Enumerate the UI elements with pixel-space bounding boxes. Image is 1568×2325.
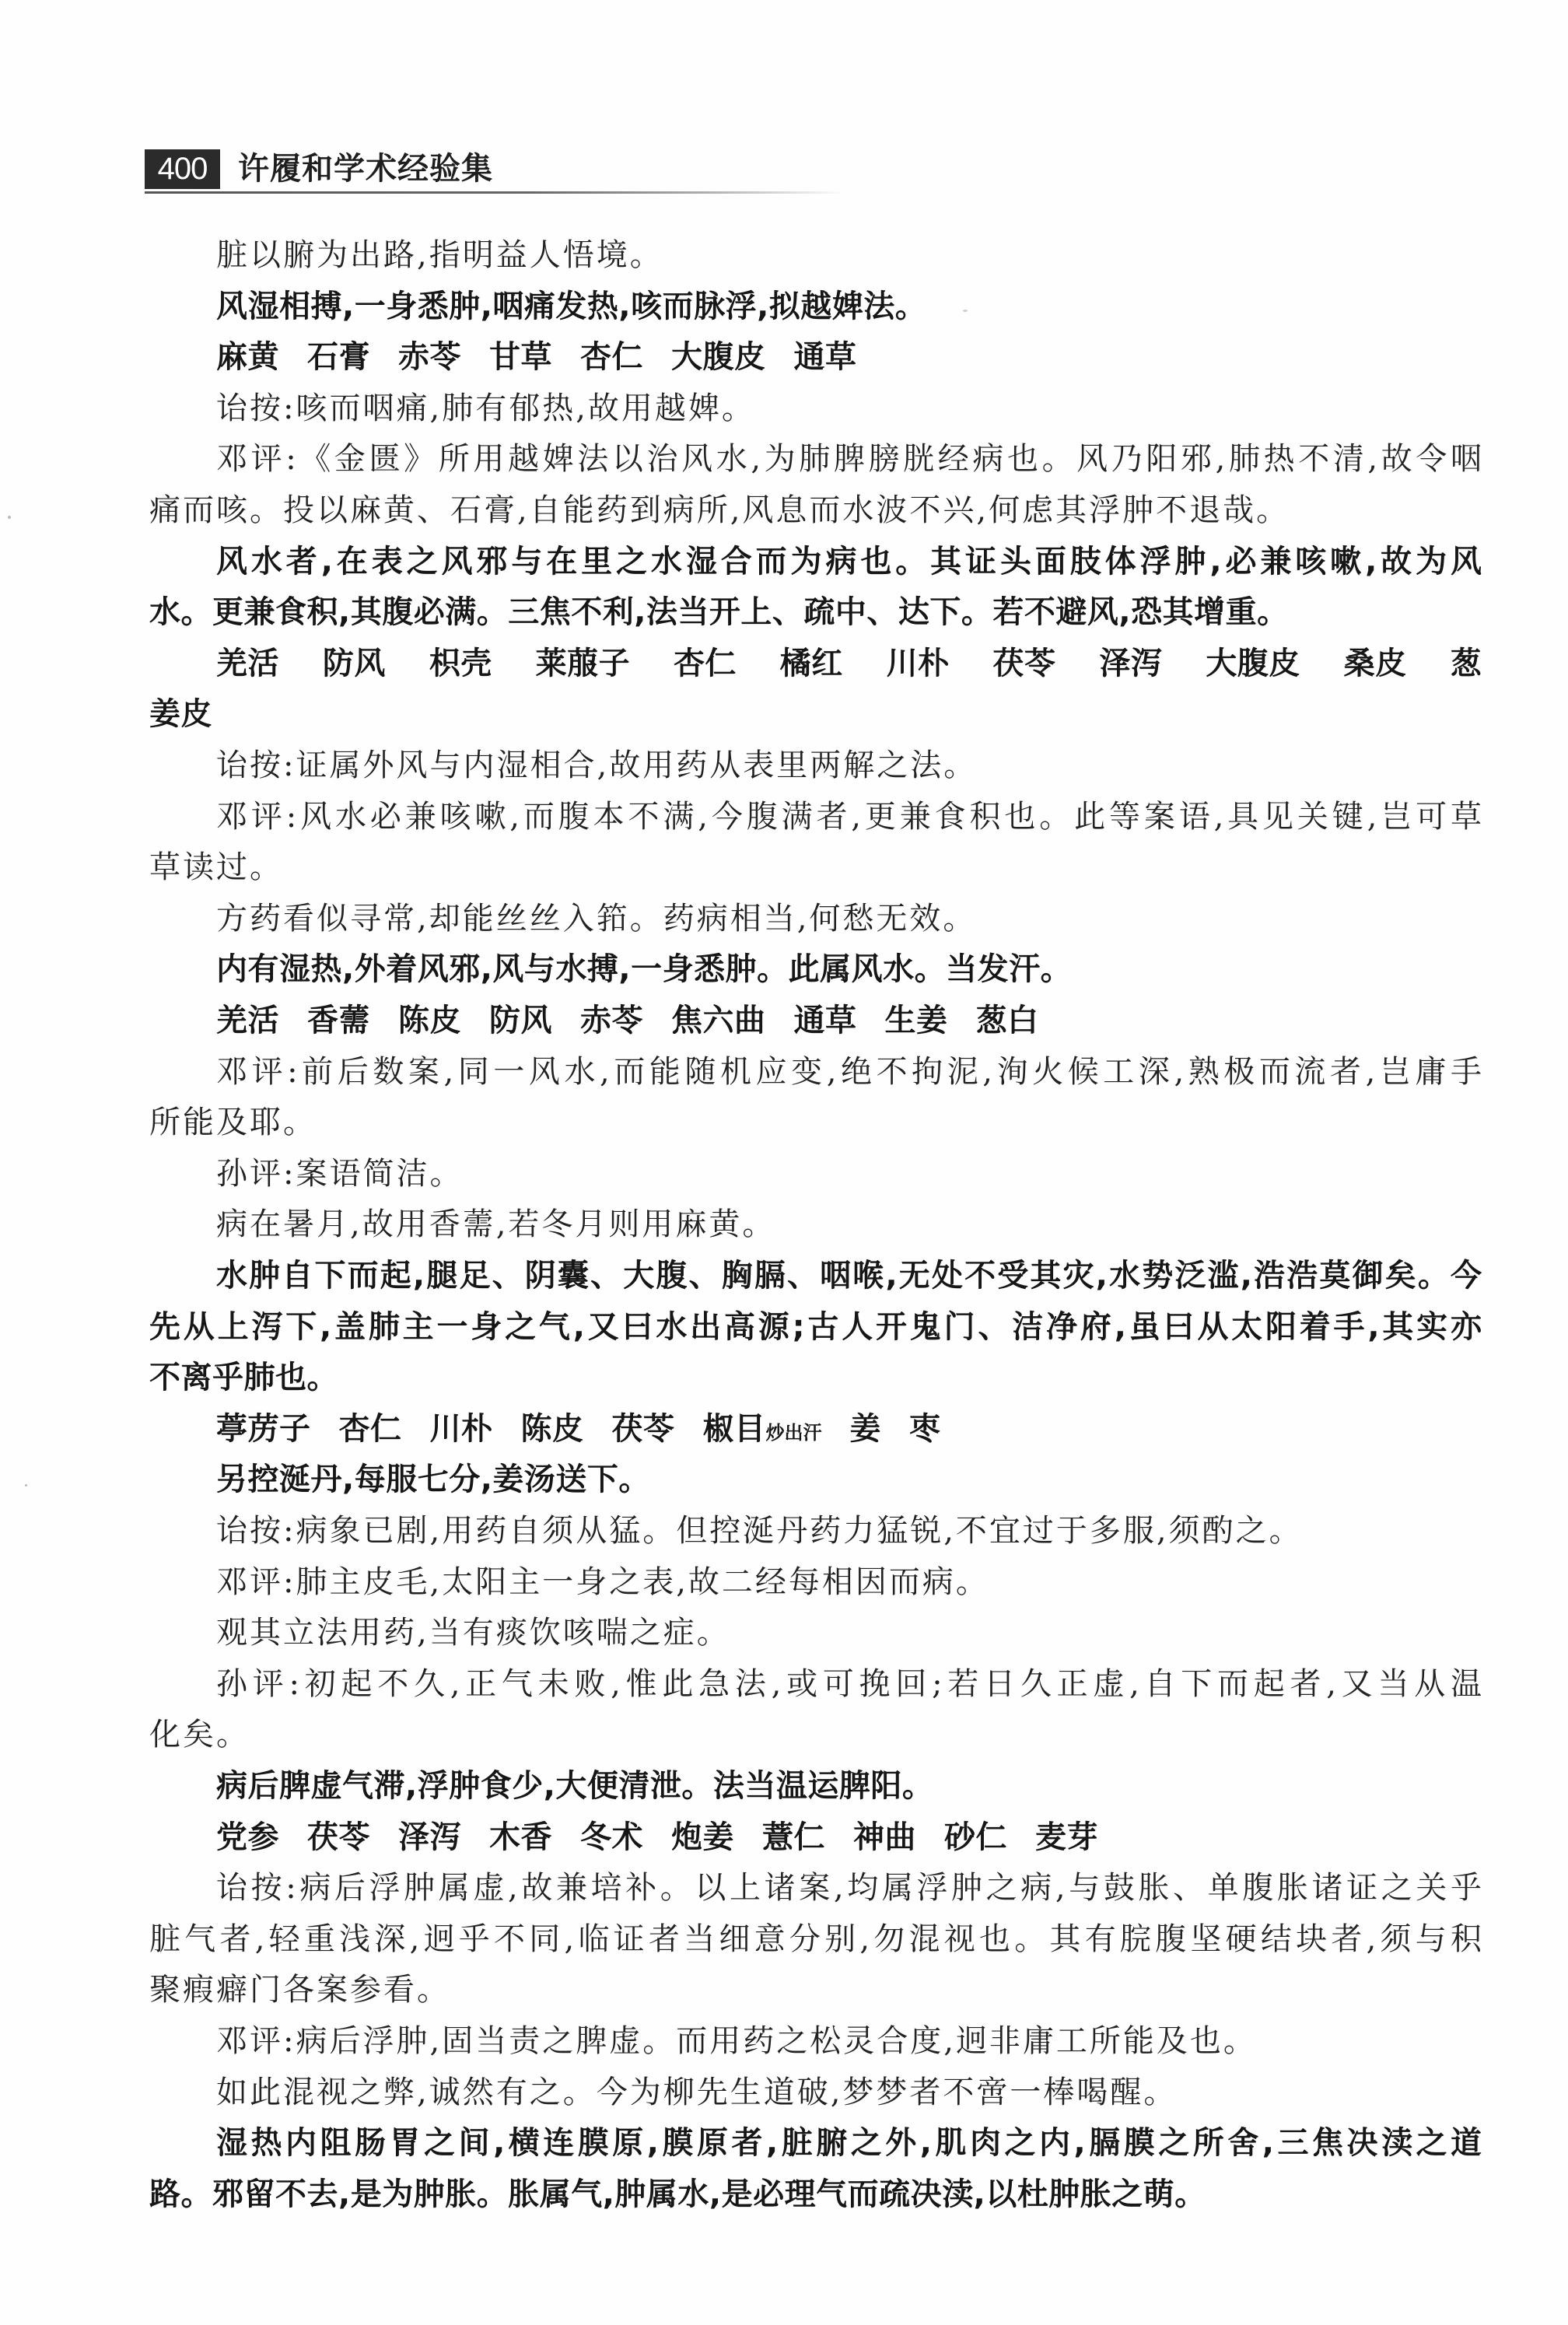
case-text-line: 水​肿​自​下​而​起​,​腿​足​、​阴​囊​、​大​腹​、​胸​膈​、​咽​… xyxy=(149,1252,1482,1299)
commentary-line: 诒按:证属外风与内湿相合,故用药从表里两解之法。 xyxy=(149,742,1482,789)
herb-name: 橘红 xyxy=(780,640,843,687)
herb-name: 枳壳 xyxy=(429,640,492,687)
herb-name: 大腹皮 xyxy=(1206,640,1300,687)
case-text-line: 风湿相搏,一身悉肿,咽痛发热,咳而脉浮,拟越婢法。 xyxy=(149,283,1482,330)
herb-name: 大腹皮 xyxy=(671,334,766,380)
commentary-line: 聚瘕癖门各案参看。 xyxy=(149,1966,1482,2013)
herb-name: 莱菔子 xyxy=(536,640,631,687)
herb-name: 茯苓 xyxy=(993,640,1056,687)
herb-name: 石膏 xyxy=(307,334,370,380)
prescription-line: 羌活香薷陈皮防风赤苓焦六曲通草生姜葱白 xyxy=(149,997,1482,1044)
herb-name: 焦六曲 xyxy=(671,997,766,1044)
book-page: 400 许履和学术经验集 脏以腑为出路,指明益人悟境。风湿相搏,一身悉肿,咽痛发… xyxy=(0,0,1568,2325)
commentary-line: 观其立法用药,当有痰饮咳喘之症。 xyxy=(149,1609,1482,1656)
case-text-line: 先​从​上​泻​下​,​盖​肺​主​一​身​之​气​,​又​曰​水​出​高​源​… xyxy=(149,1304,1482,1350)
prescription-line: 羌活 防风 枳壳 莱菔子 杏仁 橘红 川朴 茯苓 泽泻 大腹皮 桑皮 葱 xyxy=(149,640,1482,687)
herb-name: 茯苓 xyxy=(612,1406,675,1452)
herb-name: 麻黄 xyxy=(216,334,279,380)
herb-name: 川朴 xyxy=(430,1406,493,1452)
commentary-line: 诒按:咳而咽痛,肺有郁热,故用越婢。 xyxy=(149,385,1482,432)
prescription-line: 葶苈子杏仁川朴陈皮茯苓椒目炒出汗姜枣 xyxy=(149,1406,1482,1452)
herb-name: 冬术 xyxy=(580,1814,643,1861)
herb-name: 葱白 xyxy=(976,997,1039,1044)
herb-name: 茯苓 xyxy=(307,1814,370,1861)
herb-name: 泽泻 xyxy=(398,1814,461,1861)
herb-name: 葶苈子 xyxy=(216,1406,311,1452)
herb-name: 通草 xyxy=(794,997,857,1044)
prescription-line: 党参茯苓泽泻木香冬术炮姜薏仁神曲砂仁麦芽 xyxy=(149,1814,1482,1861)
herb-name: 杏仁 xyxy=(580,334,643,380)
case-text-line: 湿​热​内​阻​肠​胃​之​间​,​横​连​膜​原​,​膜​原​者​,​脏​腑​… xyxy=(149,2120,1482,2166)
herb-name: 杏仁 xyxy=(674,640,737,687)
scan-speck xyxy=(8,516,11,519)
commentary-line: 草读过。 xyxy=(149,844,1482,891)
herb-name: 椒目 xyxy=(703,1406,766,1452)
commentary-line: 邓评:肺主皮毛,太阳主一身之表,故二经每相因而病。 xyxy=(149,1559,1482,1605)
book-title: 许履和学术经验集 xyxy=(238,149,493,189)
commentary-line: 邓​评​:​《​金​匮​》​所​用​越​婢​法​以​治​风​水​,​为​肺​脾​… xyxy=(149,436,1482,482)
commentary-line: 诒按:病象已剧,用药自须从猛。但控涎丹药力猛锐,不宜过于多服,须酌之。 xyxy=(149,1507,1482,1554)
herb-name: 麦芽 xyxy=(1035,1814,1098,1861)
herb-name: 香薷 xyxy=(307,997,370,1044)
commentary-line: 孙评:案语简洁。 xyxy=(149,1150,1482,1197)
commentary-line: 病在暑月,故用香薷,若冬月则用麻黄。 xyxy=(149,1201,1482,1248)
herb-name: 陈皮 xyxy=(398,997,461,1044)
commentary-line: 方药看似寻常,却能丝丝入筘。药病相当,何愁无效。 xyxy=(149,895,1482,942)
case-text-line: 内有湿热,外着风邪,风与水搏,一身悉肿。此属风水。当发汗。 xyxy=(149,946,1482,993)
herb-name: 赤苓 xyxy=(580,997,643,1044)
herb-name: 党参 xyxy=(216,1814,279,1861)
herb-name: 木香 xyxy=(489,1814,552,1861)
herb-name: 防风 xyxy=(489,997,552,1044)
case-text-line: 不离乎肺也。 xyxy=(149,1354,1482,1401)
commentary-line: 如此混视之弊,诚然有之。今为柳先生道破,梦梦者不啻一棒喝醒。 xyxy=(149,2069,1482,2116)
herb-name: 甘草 xyxy=(489,334,552,380)
herb-name: 防风 xyxy=(323,640,386,687)
herb-name: 生姜 xyxy=(885,997,948,1044)
case-text-line: 病后脾虚气滞,浮肿食少,大便清泄。法当温运脾阳。 xyxy=(149,1763,1482,1809)
case-text-line: 水。更兼食积,其腹必满。三焦不利,法当开上、疏中、达下。若不避风,恐其增重。 xyxy=(149,589,1482,636)
herb-name: 薏仁 xyxy=(762,1814,825,1861)
scan-speck xyxy=(25,1484,27,1486)
commentary-line: 邓​评​:​风​水​必​兼​咳​嗽​,​而​腹​本​不​满​,​今​腹​满​者​… xyxy=(149,793,1482,840)
herb-name: 炮姜 xyxy=(671,1814,734,1861)
herb-preparation-note: 炒出汗 xyxy=(766,1422,822,1444)
herb-name: 通草 xyxy=(794,334,857,380)
herb-name: 泽泻 xyxy=(1099,640,1162,687)
herb-name: 葱 xyxy=(1450,640,1482,687)
case-text-line: 风​水​者​,​在​表​之​风​邪​与​在​里​之​水​湿​合​而​为​病​也​… xyxy=(149,538,1482,585)
commentary-line: 脏​气​者​,​轻​重​浅​深​,​迥​乎​不​同​,​临​证​者​当​细​意​… xyxy=(149,1916,1482,1963)
prescription-line: 麻黄石膏赤苓甘草杏仁大腹皮通草 xyxy=(149,334,1482,380)
case-text-line: 姜皮 xyxy=(149,691,1482,737)
herb-name: 桑皮 xyxy=(1344,640,1407,687)
herb-name: 砂仁 xyxy=(944,1814,1007,1861)
commentary-line: 邓评:病后浮肿,固当责之脾虚。而用药之松灵合度,迥非庸工所能及也。 xyxy=(149,2018,1482,2064)
commentary-line: 所能及耶。 xyxy=(149,1099,1482,1146)
herb-name: 陈皮 xyxy=(521,1406,584,1452)
commentary-line: 脏以腑为出路,指明益人悟境。 xyxy=(149,232,1482,278)
herb-name: 川朴 xyxy=(887,640,950,687)
case-text-line: 路。邪留不去,是为肿胀。胀属气,肿属水,是必理气而疏决渎,以杜肿胀之萌。 xyxy=(149,2171,1482,2218)
commentary-line: 孙​评​:​初​起​不​久​,​正​气​未​败​,​惟​此​急​法​,​或​可​… xyxy=(149,1661,1482,1707)
herb-name: 枣 xyxy=(909,1406,941,1452)
herb-name: 羌活 xyxy=(216,640,279,687)
commentary-line: 邓​评​:​前​后​数​案​,​同​一​风​水​,​而​能​随​机​应​变​,​… xyxy=(149,1049,1482,1095)
commentary-line: 化矣。 xyxy=(149,1711,1482,1758)
herb-name: 杏仁 xyxy=(339,1406,402,1452)
herb-name: 赤苓 xyxy=(398,334,461,380)
commentary-line: 痛而咳。投以麻黄、石膏,自能药到病所,风息而水波不兴,何虑其浮肿不退哉。 xyxy=(149,487,1482,534)
scan-speck xyxy=(963,310,968,312)
herb-name: 姜 xyxy=(850,1406,882,1452)
herb-name: 羌活 xyxy=(216,997,279,1044)
herb-name: 神曲 xyxy=(853,1814,916,1861)
page-number-badge: 400 xyxy=(145,149,220,189)
commentary-line: 诒​按​:​病​后​浮​肿​属​虚​,​故​兼​培​补​。​以​上​诸​案​,​… xyxy=(149,1865,1482,1911)
header-divider xyxy=(145,191,845,194)
case-text-line: 另控涎丹,每服七分,姜汤送下。 xyxy=(149,1456,1482,1503)
